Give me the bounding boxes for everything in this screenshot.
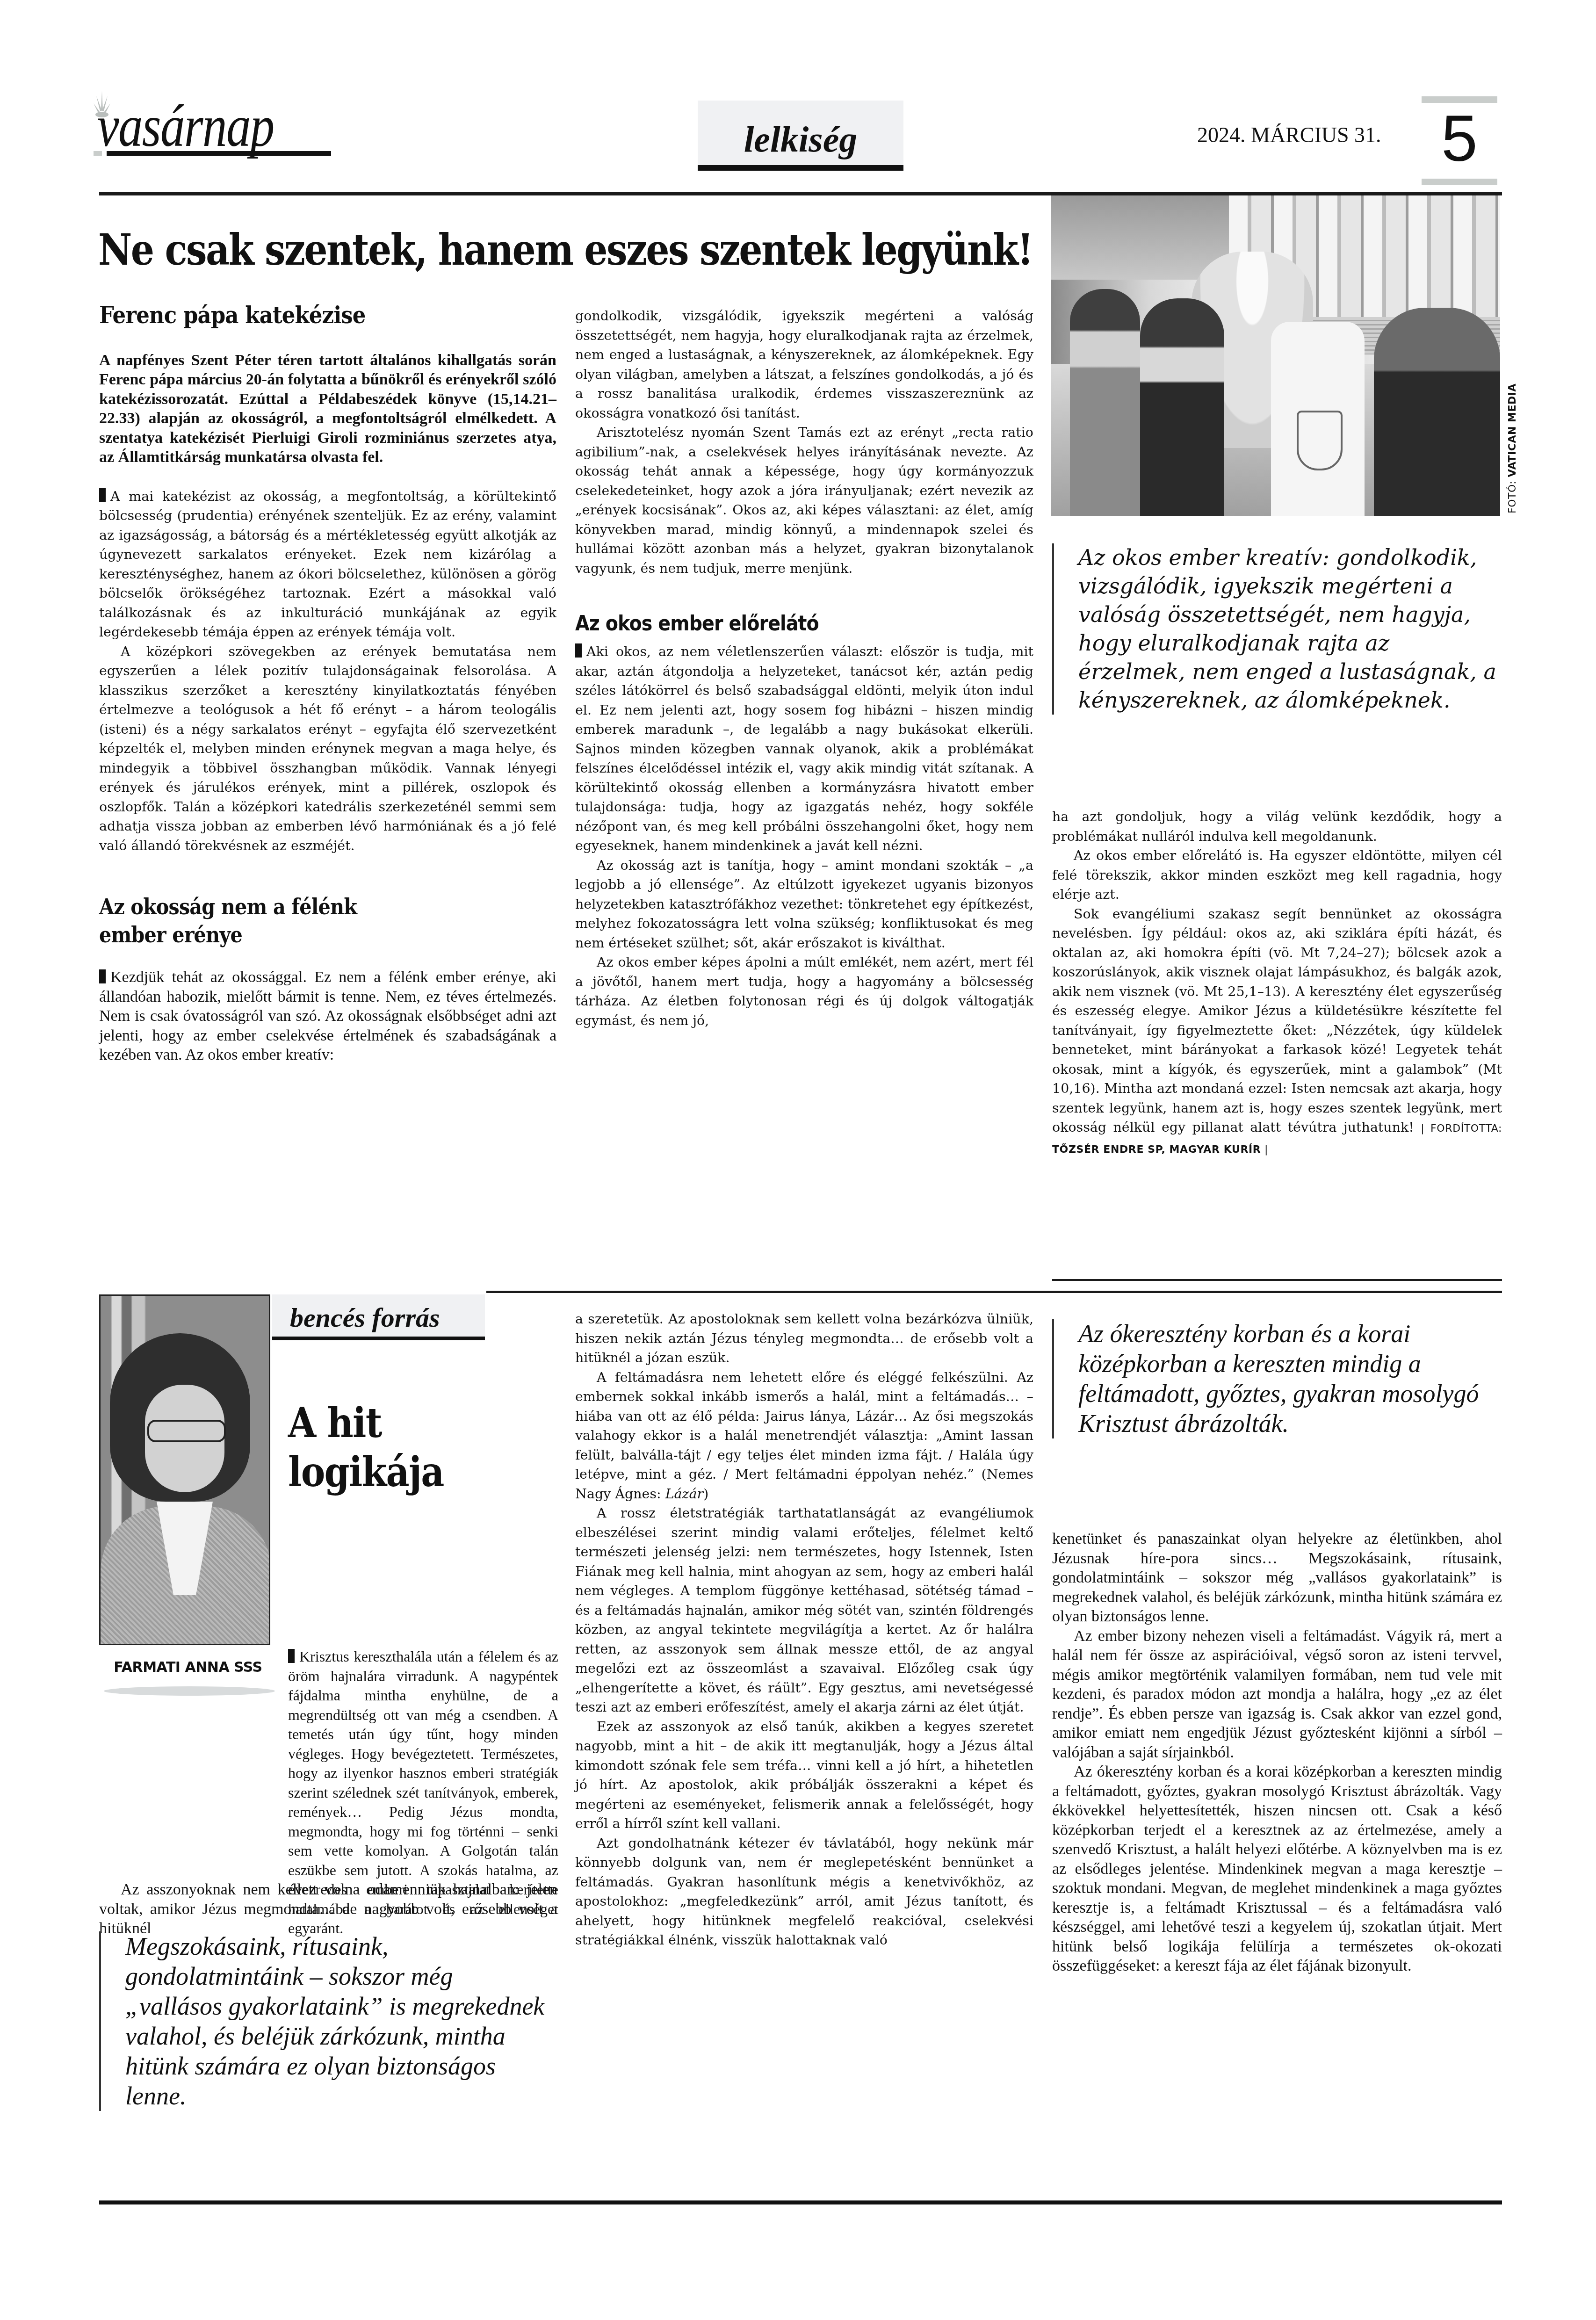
article-photo[interactable] — [1051, 195, 1500, 516]
column-tag[interactable]: bencés forrás — [272, 1294, 485, 1340]
issue-date: 2024. MÁRCIUS 31. — [1197, 123, 1381, 147]
paragraph-marker — [575, 643, 582, 658]
paragraph: A középkori szövegekben az erények bemut… — [99, 642, 556, 856]
subheading: Az okos ember előrelátó — [575, 611, 988, 636]
subheading: Az okosság nem a félénk ember erénye — [99, 893, 394, 949]
article2-column2: a szeretetük. Az apostoloknak sem kellet… — [575, 1309, 1033, 1950]
paragraph-marker — [99, 488, 106, 502]
pull-quote: Az ókeresztény korban és a korai középko… — [1052, 1319, 1499, 1438]
paragraph: kenetünket és panaszainkat olyan helyekr… — [1052, 1529, 1502, 1626]
author-underline — [104, 1686, 275, 1696]
paragraph: Ezek az asszonyok az első tanúk, akikben… — [575, 1717, 1033, 1834]
article1-column3: ha azt gondoljuk, hogy a világ velünk ke… — [1052, 807, 1502, 1159]
logo-underline — [107, 151, 331, 156]
photo-driver — [1374, 308, 1500, 516]
article-body: Kezdjük tehát az okossággal. Ez nem a fé… — [99, 968, 556, 1065]
article-body: ha azt gondoljuk, hogy a világ velünk ke… — [1052, 807, 1502, 1159]
article2-column1: Az asszonyoknak nem kellett volna odamen… — [99, 1880, 557, 1938]
masthead-logo[interactable]: vasárnap — [94, 91, 355, 166]
article-intro: A napfényes Szent Péter téren tartott ál… — [99, 351, 556, 467]
papal-crest-icon — [1297, 411, 1343, 470]
author-portrait[interactable] — [99, 1294, 270, 1645]
paragraph: Az okos ember képes ápolni a múlt emléké… — [575, 953, 1033, 1030]
paragraph: Az okosság azt is tanítja, hogy – amint … — [575, 856, 1033, 953]
paragraph: Kezdjük tehát az okossággal. Ez nem a fé… — [99, 968, 556, 1065]
paragraph: ha azt gondoljuk, hogy a világ velünk ke… — [1052, 807, 1502, 846]
author-name: FARMATI ANNA SSS — [99, 1659, 277, 1676]
page-number: 5 — [1422, 101, 1497, 176]
section-divider — [486, 1291, 1502, 1293]
article-headline: Ne csak szentek, hanem eszes szentek leg… — [98, 224, 1044, 275]
bottom-divider — [99, 2200, 1502, 2204]
logo-accent — [94, 151, 102, 156]
paragraph: Azt gondolhatnánk kétezer év távlatából,… — [575, 1834, 1033, 1950]
article2-title: A hit logikája — [288, 1398, 412, 1496]
paragraph: Aki okos, az nem véletlenszerűen választ… — [575, 642, 1033, 856]
paragraph: Az asszonyoknak nem kellett volna odamen… — [99, 1880, 557, 1938]
column-divider — [1052, 1279, 1502, 1281]
paragraph: A feltámadásra nem lehetett előre és elé… — [575, 1368, 1033, 1504]
article-subtitle: Ferenc pápa katekézise — [99, 301, 511, 330]
photo-credit-name: VATICAN MEDIA — [1507, 383, 1518, 477]
paragraph: Az okos ember előrelátó is. Ha egyszer e… — [1052, 846, 1502, 904]
paragraph-marker — [99, 969, 106, 983]
glasses-icon — [147, 1420, 226, 1442]
article1-column2: gondolkodik, vizsgálódik, igyekszik megé… — [575, 306, 1033, 1030]
pull-quote: Megszokásaink, rítusaink, gondolatmintái… — [99, 1931, 546, 2111]
section-label-text: lelkiség — [698, 118, 903, 160]
photo-child-cap — [1140, 298, 1224, 516]
paragraph: Arisztotelész nyomán Szent Tamás ezt az … — [575, 423, 1033, 578]
article1-column1: Ferenc pápa katekézise A napfényes Szent… — [99, 301, 556, 1065]
article2-column3: kenetünket és panaszainkat olyan helyekr… — [1052, 1529, 1502, 1976]
paragraph: gondolkodik, vizsgálódik, igyekszik megé… — [575, 306, 1033, 423]
paragraph: A mai katekézist az okosság, a megfontol… — [99, 487, 556, 642]
photo-sky — [1051, 195, 1229, 280]
logo-wordmark: vasárnap — [97, 96, 274, 156]
top-divider — [99, 192, 1502, 195]
pull-quote: Az okos ember kreatív: gondolkodik, vizs… — [1052, 543, 1499, 715]
poem-title: Lázár — [665, 1486, 704, 1502]
article-body: Az asszonyoknak nem kellett volna odamen… — [99, 1880, 557, 1938]
page-number-bottom-bar — [1422, 179, 1497, 185]
column-tag-text: bencés forrás — [290, 1302, 440, 1333]
photo-credit-label: FOTÓ: — [1507, 477, 1518, 513]
photo-credit: FOTÓ: VATICAN MEDIA — [1507, 383, 1518, 513]
article-body: kenetünket és panaszainkat olyan helyekr… — [1052, 1529, 1502, 1976]
paragraph: a szeretetük. Az apostoloknak sem kellet… — [575, 1309, 1033, 1368]
photo-child-left — [1070, 289, 1140, 516]
article-body: A mai katekézist az okosság, a megfontol… — [99, 487, 556, 856]
article-body: Aki okos, az nem véletlenszerűen választ… — [575, 642, 1033, 1030]
paragraph: Az ember bizony nehezen viseli a feltáma… — [1052, 1626, 1502, 1763]
section-label[interactable]: lelkiség — [698, 101, 903, 171]
article-body: a szeretetük. Az apostoloknak sem kellet… — [575, 1309, 1033, 1950]
paragraph: Az ókeresztény korban és a korai középko… — [1052, 1762, 1502, 1976]
paragraph-marker — [288, 1649, 295, 1663]
paragraph: A rossz életstratégiák tarthatatlanságát… — [575, 1503, 1033, 1717]
article-body: gondolkodik, vizsgálódik, igyekszik megé… — [575, 306, 1033, 578]
paragraph: Sok evangéliumi szakasz segít bennünket … — [1052, 904, 1502, 1160]
